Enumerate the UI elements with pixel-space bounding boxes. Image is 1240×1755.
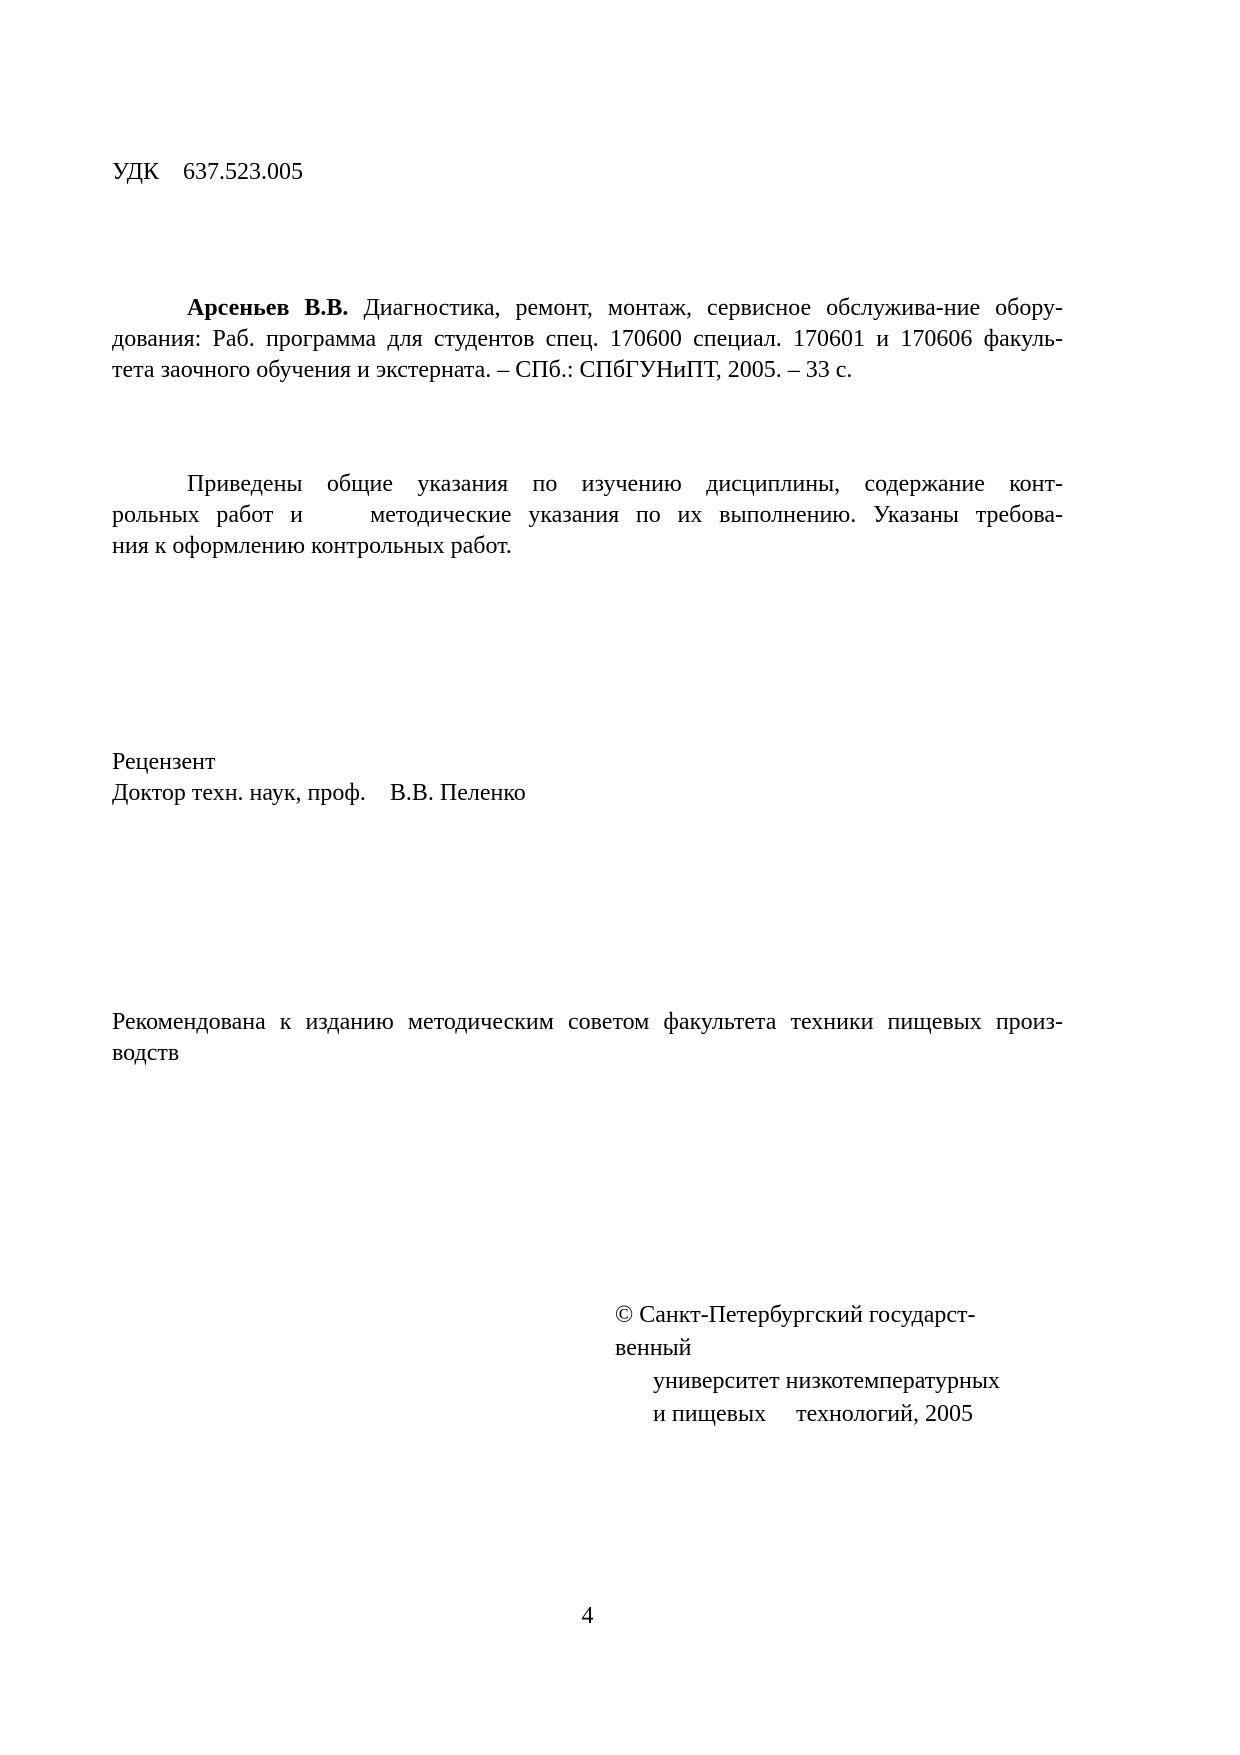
- abstract-line-3: ния к оформлению контрольных работ.: [112, 531, 1063, 562]
- page-number: 4: [112, 1601, 1063, 1632]
- biblio-line-1-rest: Диагностика, ремонт, монтаж, сервисное о…: [348, 295, 1063, 321]
- udk-block: УДК 637.523.005: [112, 157, 1063, 188]
- copyright-line-1: © Санкт-Петербургский государст-: [615, 1299, 1085, 1332]
- reviewer-name: Доктор техн. наук, проф. В.В. Пеленко: [112, 778, 1063, 809]
- copyright-line-4: и пищевых технологий, 2005: [615, 1398, 1085, 1431]
- reviewer-section: Рецензент Доктор техн. наук, проф. В.В. …: [112, 747, 1063, 809]
- abstract-paragraph: Приведены общие указания по изучению дис…: [112, 469, 1063, 562]
- bibliographic-record: Арсеньев В.В. Диагностика, ремонт, монта…: [112, 293, 1063, 386]
- copyright-notice: © Санкт-Петербургский государст- венный …: [615, 1299, 1085, 1431]
- biblio-line-3: тета заочного обучения и экстерната. – С…: [112, 355, 1063, 386]
- udk-line: УДК 637.523.005: [112, 157, 1063, 188]
- copyright-line-2: венный: [615, 1332, 1085, 1365]
- reviewer-label: Рецензент: [112, 747, 1063, 778]
- copyright-line-3: университет низкотемпературных: [615, 1365, 1085, 1398]
- abstract-line-1: Приведены общие указания по изучению дис…: [112, 469, 1063, 500]
- document-page: УДК 637.523.005 Арсеньев В.В. Диагностик…: [0, 0, 1240, 1755]
- biblio-line-2: дования: Раб. программа для студентов сп…: [112, 324, 1063, 355]
- recommendation-line-1: Рекомендована к изданию методическим сов…: [112, 1007, 1063, 1038]
- page-number-value: 4: [112, 1601, 1063, 1632]
- biblio-line-1: Арсеньев В.В. Диагностика, ремонт, монта…: [112, 293, 1063, 324]
- abstract-line-2: рольных работ и методические указания по…: [112, 500, 1063, 531]
- recommendation-line-2: водств: [112, 1038, 1063, 1069]
- author-name: Арсеньев В.В.: [187, 295, 348, 321]
- recommendation-paragraph: Рекомендована к изданию методическим сов…: [112, 1007, 1063, 1069]
